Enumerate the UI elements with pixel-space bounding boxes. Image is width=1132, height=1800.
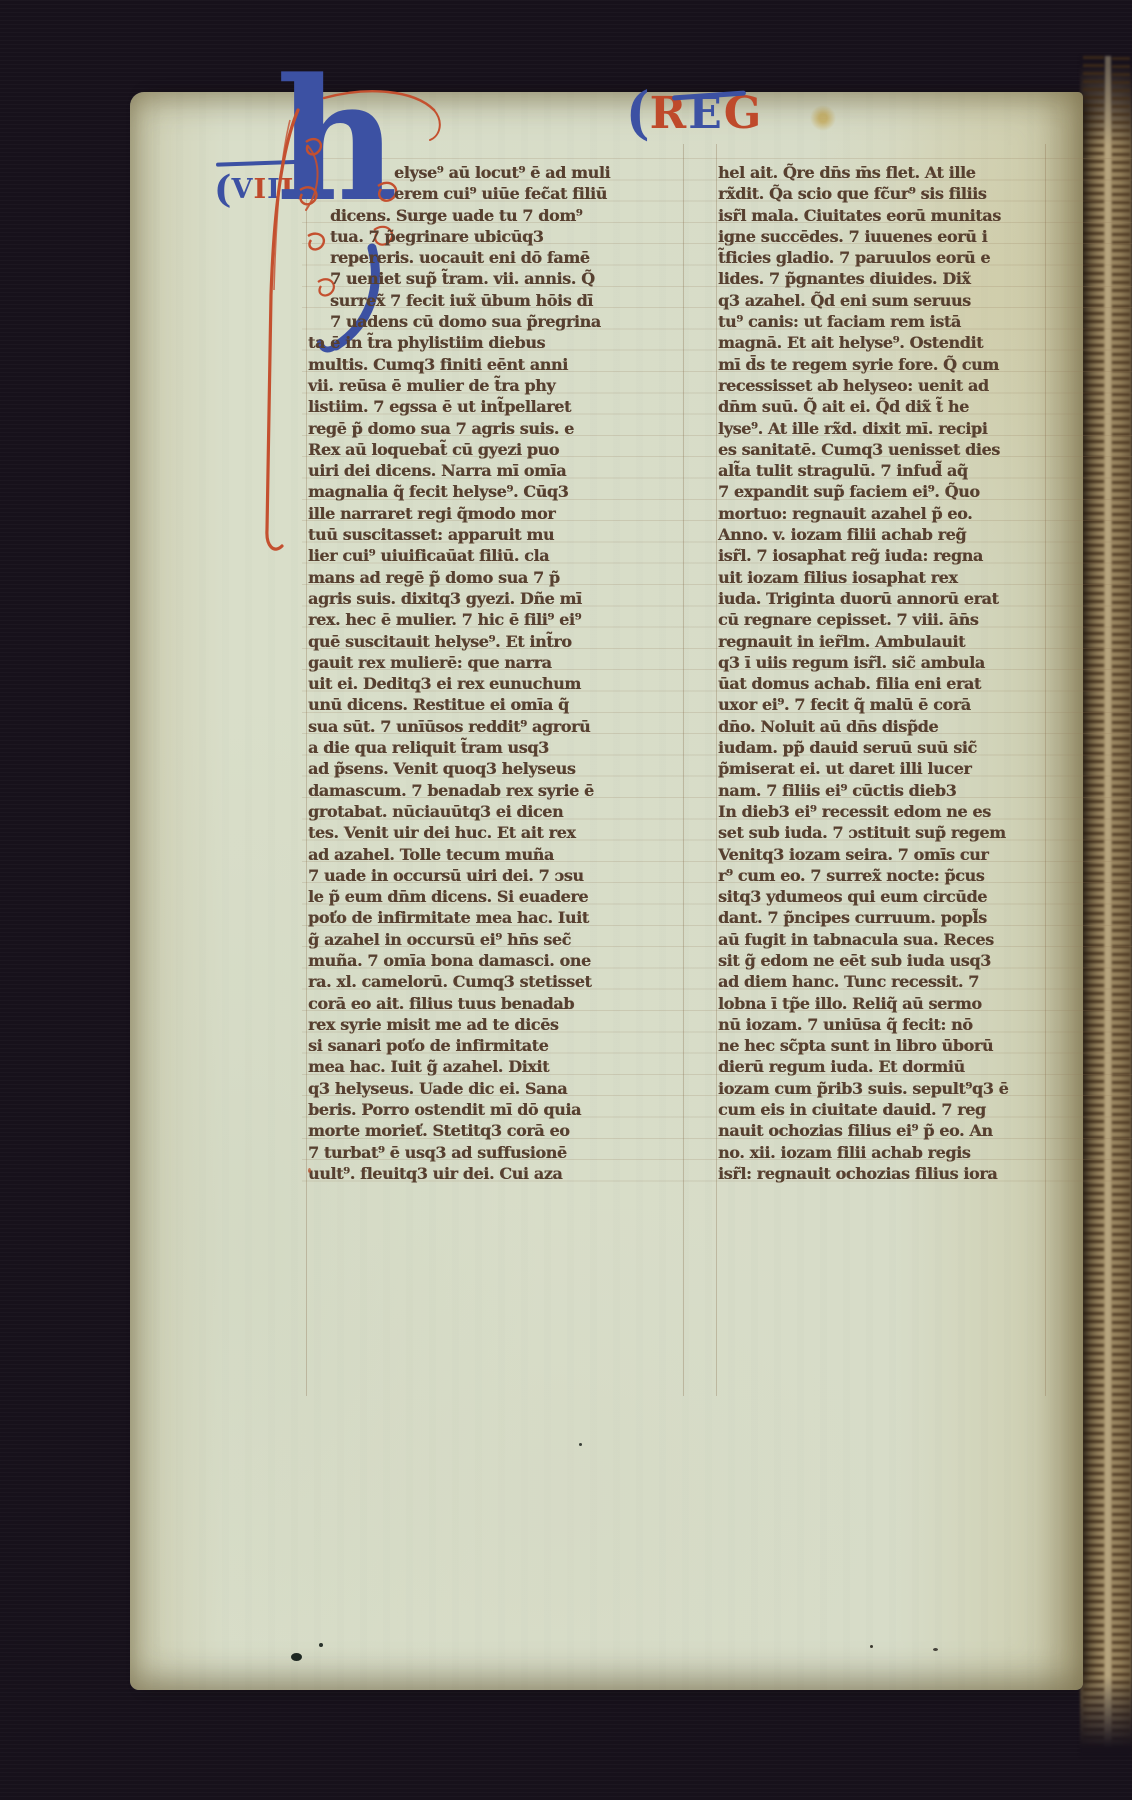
manuscript-text-line: set sub iuda. 7 ɔstituit sup̃ regem (718, 822, 1052, 843)
manuscript-text-line: isr̃l mala. Ciuitates eorū munitas (718, 205, 1052, 226)
manuscript-text-line: 7 uadens cū domo sua p̃regrina (308, 311, 686, 332)
manuscript-text-line: gauit rex mulierē: que narra (308, 652, 686, 673)
red-ink-fleck (308, 1168, 311, 1173)
ink-spot (933, 1648, 938, 1651)
manuscript-text-line: magnalia q̃ fecit helyse⁹. Cūq3 (308, 481, 686, 502)
manuscript-text-line: morte morieť. Stetitq3 corā eo (308, 1120, 686, 1141)
manuscript-text-line: ad diem hanc. Tunc recessit. 7 (718, 971, 1052, 992)
manuscript-text-line: g̃ azahel in occursū ei⁹ hn̄s sec̃ (308, 929, 686, 950)
chapter-number-marker: ( VIII : (214, 164, 303, 208)
manuscript-text-line: alt̃a tulit stragulū. 7 infud̃ aq̃ (718, 460, 1052, 481)
manuscript-text-line: mī d̄s te regem syrie fore. Q̃ cum (718, 354, 1052, 375)
manuscript-text-line: nū iozam. 7 uniūsa q̃ fecit: nō (718, 1014, 1052, 1035)
text-column-right: hel ait. Q̃re dn̄s m̄s flet. At illerx̃d… (718, 162, 1052, 1184)
ink-spot (319, 1643, 323, 1647)
manuscript-text-line: nauit ochozias filius ei⁹ p̃ eo. An (718, 1120, 1052, 1141)
manuscript-text-line: vii. reūsa ē mulier de t̃ra phy (308, 375, 686, 396)
manuscript-text-line: lides. 7 p̃gnantes diuides. Dix̃ (718, 268, 1052, 289)
manuscript-text-line: cum eis in ciuitate dauid. 7 reg (718, 1099, 1052, 1120)
manuscript-text-line: p̃miserat ei. ut daret illi lucer (718, 758, 1052, 779)
photo-background: ( REG ( VIII : h (0, 0, 1132, 1800)
manuscript-text-line: Venitq3 iozam seira. 7 omīs cur (718, 844, 1052, 865)
manuscript-text-line: iudam. pp̃ dauid seruū suū sic̃ (718, 737, 1052, 758)
manuscript-text-line: agris suis. dixitq3 gyezi. Dñe mī (308, 588, 686, 609)
manuscript-text-line: dant. 7 p̃ncipes curruum. popl̃s (718, 907, 1052, 928)
colored-letter: V (232, 174, 254, 205)
manuscript-text-line: iozam cum p̃rib3 suis. sepult⁹q3 ē (718, 1078, 1052, 1099)
manuscript-text-line: muña. 7 omīa bona damasci. one (308, 950, 686, 971)
manuscript-text-line: es sanitatē. Cumq3 uenisset dies (718, 439, 1052, 460)
manuscript-text-line: no. xii. iozam filii achab regis (718, 1142, 1052, 1163)
manuscript-text-line: poťo de infirmitate mea hac. Iuit (308, 907, 686, 928)
manuscript-text-line: dierū regum iuda. Et dormiū (718, 1056, 1052, 1077)
manuscript-text-line: tes. Venit uir dei huc. Et ait rex (308, 822, 686, 843)
fore-edge-column-gap (1105, 56, 1111, 1756)
manuscript-text-line: regē p̃ domo sua 7 agris suis. e (308, 418, 686, 439)
paraph-mark: ( (214, 170, 232, 208)
manuscript-text-line: hel ait. Q̃re dn̄s m̄s flet. At ille (718, 162, 1052, 183)
manuscript-page: ( REG ( VIII : h (130, 92, 1083, 1690)
manuscript-text-line: isr̃l. 7 iosaphat reg̃ iuda: regna (718, 545, 1052, 566)
manuscript-text-line: In dieb3 ei⁹ recessit edom ne es (718, 801, 1052, 822)
manuscript-text-line: mans ad regē p̃ domo sua 7 p̃ (308, 567, 686, 588)
manuscript-text-line: t̃ficies gladio. 7 paruulos eorū e (718, 247, 1052, 268)
manuscript-text-line: tua. 7 p̃egrinare ubicūq3 (308, 226, 686, 247)
manuscript-text-line: mortuo: regnauit azahel p̃ eo. (718, 503, 1052, 524)
manuscript-text-line: uxor ei⁹. 7 fecit q̃ malū ē corā (718, 694, 1052, 715)
manuscript-text-line: repereris. uocauit eni dō famē (308, 247, 686, 268)
manuscript-text-line: isr̃l: regnauit ochozias filius iora (718, 1163, 1052, 1184)
manuscript-text-line: dn̄m suū. Q̃ ait ei. Q̃d dix̃ t̃ he (718, 396, 1052, 417)
running-title: ( REG (626, 86, 763, 146)
manuscript-text-line: grotabat. nūciauūtq3 ei dicen (308, 801, 686, 822)
manuscript-text-line: sua sūt. 7 unīūsos reddit⁹ agrorū (308, 716, 686, 737)
chapter-overline (216, 159, 314, 166)
manuscript-text-line: cū regnare cepisset. 7 viii. ān̄s (718, 609, 1052, 630)
manuscript-text-line: uit ei. Deditq3 ei rex eunuchum (308, 673, 686, 694)
ink-spot (579, 1443, 582, 1446)
manuscript-text-line: r⁹ cum eo. 7 surrex̃ nocte: p̃cus (718, 865, 1052, 886)
manuscript-text-line: rx̃dit. Q̃a scio que fc̃ur⁹ sis filiis (718, 183, 1052, 204)
manuscript-text-line: dn̄o. Noluit aū dn̄s disp̃de (718, 716, 1052, 737)
ruling-vertical-line (306, 144, 307, 1396)
manuscript-text-line: q3 ī uiis regum isr̃l. sic̃ ambula (718, 652, 1052, 673)
manuscript-text-line: aū fugit in tabnacula sua. Reces (718, 929, 1052, 950)
manuscript-text-line: multis. Cumq3 finiti eēnt anni (308, 354, 686, 375)
manuscript-text-line: si sanari poťo de infirmitate (308, 1035, 686, 1056)
manuscript-text-line: dicens. Surge uade tu 7 dom⁹ (308, 205, 686, 226)
text-column-left: elyse⁹ aū locut⁹ ē ad mulierem cui⁹ uiūe… (308, 162, 686, 1184)
manuscript-text-line: surrex̃ 7 fecit iux̃ ūbum hōis dī (308, 290, 686, 311)
chapter-numerals: VIII (232, 172, 295, 208)
manuscript-text-line: regnauit in ier̃lm. Ambulauit (718, 631, 1052, 652)
manuscript-text-line: le p̃ eum dn̄m dicens. Si euadere (308, 886, 686, 907)
manuscript-text-line: elyse⁹ aū locut⁹ ē ad muli (308, 162, 686, 183)
manuscript-text-line: 7 ueniet sup̃ t̃ram. vii. annis. Q̃ (308, 268, 686, 289)
manuscript-text-line: ne hec sc̃pta sunt in libro ūborū (718, 1035, 1052, 1056)
manuscript-text-line: magnā. Et ait helyse⁹. Ostendit (718, 332, 1052, 353)
manuscript-text-line: rex. hec ē mulier. 7 hic ē fili⁹ ei⁹ (308, 609, 686, 630)
manuscript-text-line: lobna ī tp̃e illo. Reliq̃ aū sermo (718, 993, 1052, 1014)
ink-spot (870, 1645, 873, 1648)
manuscript-text-line: igne succēdes. 7 iuuenes eorū i (718, 226, 1052, 247)
manuscript-text-line: corā eo ait. filius tuus benadab (308, 993, 686, 1014)
manuscript-text-line: 7 turbat⁹ ē usq3 ad suffusionē (308, 1142, 686, 1163)
manuscript-text-line: ra. xl. camelorū. Cumq3 stetisset (308, 971, 686, 992)
manuscript-text-line: listiim. 7 egssa ē ut int̃pellaret (308, 396, 686, 417)
colored-letter: I (253, 174, 267, 205)
manuscript-text-line: beris. Porro ostendit mī dō quia (308, 1099, 686, 1120)
manuscript-text-line: ta ē in t̃ra phylistiim diebus (308, 332, 686, 353)
manuscript-text-line: ad p̃sens. Venit quoq3 helyseus (308, 758, 686, 779)
manuscript-text-line: unū dicens. Restitue ei omīa q̃ (308, 694, 686, 715)
ink-spot (291, 1653, 302, 1661)
manuscript-text-line: sit g̃ edom ne eēt sub iuda usq3 (718, 950, 1052, 971)
colored-letter: I (281, 174, 295, 205)
manuscript-text-line: uult⁹. fleuitq3 uir dei. Cui aza (308, 1163, 686, 1184)
manuscript-text-line: q3 helyseus. Uade dic ei. Sana (308, 1078, 686, 1099)
manuscript-text-line: Anno. v. iozam filii achab reg̃ (718, 524, 1052, 545)
manuscript-text-line: recessisset ab helyseo: uenit ad (718, 375, 1052, 396)
manuscript-text-line: erem cui⁹ uiūe fec̃at filiū (308, 183, 686, 204)
manuscript-text-line: lyse⁹. At ille rx̃d. dixit mī. recipi (718, 418, 1052, 439)
manuscript-text-line: tuū suscitasset: apparuit mu (308, 524, 686, 545)
manuscript-text-line: nam. 7 filiis ei⁹ cūctis dieb3 (718, 780, 1052, 801)
manuscript-text-line: tu⁹ canis: ut faciam rem istā (718, 311, 1052, 332)
manuscript-text-line: rex syrie misit me ad te dicēs (308, 1014, 686, 1035)
manuscript-text-line: sitq3 ydumeos qui eum circūde (718, 886, 1052, 907)
manuscript-text-line: q3 azahel. Q̃d eni sum seruus (718, 290, 1052, 311)
manuscript-text-line: mea hac. Iuit g̃ azahel. Dixit (308, 1056, 686, 1077)
manuscript-text-line: damascum. 7 benadab rex syrie ē (308, 780, 686, 801)
manuscript-text-line: quē suscitauit helyse⁹. Et int̃ro (308, 631, 686, 652)
paraph-mark: ( (626, 82, 650, 144)
manuscript-text-line: lier cui⁹ uiuificaūat filiū. cla (308, 545, 686, 566)
manuscript-text-line: uiri dei dicens. Narra mī omīa (308, 460, 686, 481)
fore-edge-text-band (1112, 56, 1130, 1756)
manuscript-text-line: iuda. Triginta duorū annorū erat (718, 588, 1052, 609)
book-fore-edge (1080, 56, 1132, 1756)
manuscript-text-line: 7 expandit sup̃ faciem ei⁹. Q̃uo (718, 481, 1052, 502)
manuscript-text-line: Rex aū loquebat̃ cū gyezi puo (308, 439, 686, 460)
ruling-vertical-line (716, 144, 717, 1396)
manuscript-text-line: ad azahel. Tolle tecum muña (308, 844, 686, 865)
manuscript-text-line: ille narraret regi q̃modo mor (308, 503, 686, 524)
chapter-colon: : (294, 174, 303, 208)
manuscript-text-line: a die qua reliquit t̃ram usq3 (308, 737, 686, 758)
fore-edge-text-band (1083, 56, 1104, 1756)
manuscript-text-line: ūat domus achab. filia eni erat (718, 673, 1052, 694)
manuscript-text-line: 7 uade in occursū uiri dei. 7 ɔsu (308, 865, 686, 886)
manuscript-text-line: uit iozam filius iosaphat rex (718, 567, 1052, 588)
colored-letter: I (267, 174, 281, 205)
